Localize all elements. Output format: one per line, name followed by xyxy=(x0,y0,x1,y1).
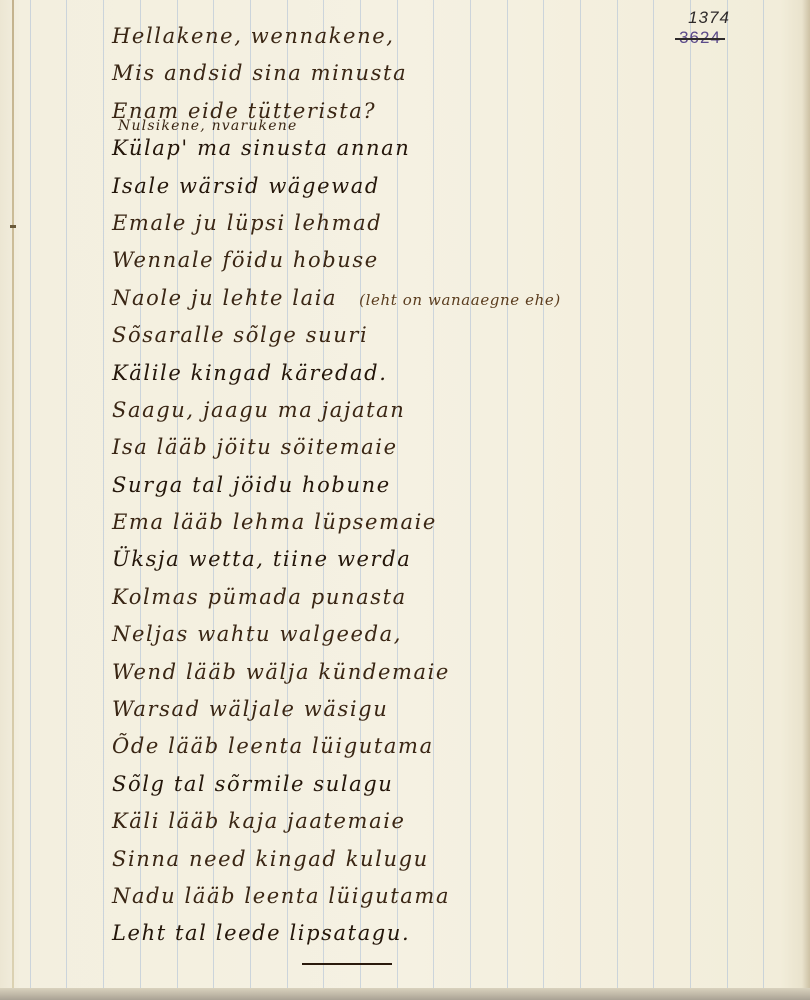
verse-line: Wennale föidu hobuse xyxy=(112,242,792,279)
verse-line: Surga tal jöidu hobune xyxy=(112,467,792,504)
verse-line: Sõlg tal sõrmile sulagu xyxy=(112,766,792,803)
verse-text: Käli lääb kaja jaatemaie xyxy=(112,809,406,833)
verse-line: Sõsaralle sõlge suuri xyxy=(112,317,792,354)
verse-line: Neljas wahtu walgeeda, xyxy=(112,616,792,653)
verse-text: Surga tal jöidu hobune xyxy=(112,473,391,497)
verse-line: Kolmas pümada punasta xyxy=(112,579,792,616)
verse-text: Sõsaralle sõlge suuri xyxy=(112,323,368,347)
verse-text: Leht tal leede lipsatagu. xyxy=(112,921,410,945)
verse-text: Naole ju lehte laia xyxy=(112,286,337,310)
verse-lines: Hellakene, wennakene, Mis andsid sina mi… xyxy=(112,18,792,953)
verse-text: Isa lääb jöitu söitemaie xyxy=(112,435,398,459)
ruled-line xyxy=(30,0,31,988)
verse-text: Warsad wäljale wäsigu xyxy=(112,697,388,721)
end-of-text-rule xyxy=(302,963,392,965)
verse-text: Külap' ma sinusta annan xyxy=(112,136,410,160)
verse-line: Nadu lääb leenta lüigutama xyxy=(112,878,792,915)
page-fold xyxy=(12,0,14,990)
verse-line: Saagu, jaagu ma jajatan xyxy=(112,392,792,429)
verse-text: Õde lääb leenta lüigutama xyxy=(112,734,434,758)
verse-line: Emale ju lüpsi lehmad xyxy=(112,205,792,242)
verse-line: Mis andsid sina minusta xyxy=(112,55,792,92)
fold-mark xyxy=(10,225,16,228)
verse-text: Saagu, jaagu ma jajatan xyxy=(112,398,405,422)
verse-text: Isale wärsid wägewad xyxy=(112,174,380,198)
ruled-line xyxy=(103,0,104,988)
verse-line: Sinna need kingad kulugu xyxy=(112,841,792,878)
verse-line: Hellakene, wennakene, xyxy=(112,18,792,55)
ruled-line xyxy=(66,0,67,988)
verse-line: Leht tal leede lipsatagu. xyxy=(112,915,792,952)
verse-line: Isa lääb jöitu söitemaie xyxy=(112,429,792,466)
verse-line: Õde lääb leenta lüigutama xyxy=(112,728,792,765)
verse-line: Enam eide tütterista? xyxy=(112,93,792,130)
page-edge-shadow xyxy=(802,0,810,1000)
verse-text: Mis andsid sina minusta xyxy=(112,61,407,85)
verse-line: Wend lääb wälja kündemaie xyxy=(112,654,792,691)
verse-text: Ema lääb lehma lüpsemaie xyxy=(112,510,437,534)
verse-text: Sinna need kingad kulugu xyxy=(112,847,429,871)
verse-text: Enam eide tütterista? xyxy=(112,99,376,123)
verse-text: Wennale föidu hobuse xyxy=(112,248,379,272)
page-bottom-edge xyxy=(0,988,810,1000)
verse-text: Emale ju lüpsi lehmad xyxy=(112,211,382,235)
verse-line: Üksja wetta, tiine werda xyxy=(112,541,792,578)
verse-text: Kälile kingad käredad. xyxy=(112,361,388,385)
verse-text: Üksja wetta, tiine werda xyxy=(112,547,411,571)
verse-line: Külap' ma sinusta annan xyxy=(112,130,792,167)
verse-line: Warsad wäljale wäsigu xyxy=(112,691,792,728)
manuscript-page: 1374 3624 Nulsikene, nvarukene Hellakene… xyxy=(0,0,810,1000)
margin-note: (leht on wanaaegne ehe) xyxy=(359,291,561,309)
verse-text: Kolmas pümada punasta xyxy=(112,585,407,609)
verse-text: Neljas wahtu walgeeda, xyxy=(112,622,402,646)
verse-line: Isale wärsid wägewad xyxy=(112,168,792,205)
verse-line: Kälile kingad käredad. xyxy=(112,355,792,392)
verse-line: Naole ju lehte laia(leht on wanaaegne eh… xyxy=(112,280,792,317)
verse-line: Ema lääb lehma lüpsemaie xyxy=(112,504,792,541)
verse-line: Käli lääb kaja jaatemaie xyxy=(112,803,792,840)
verse-text: Wend lääb wälja kündemaie xyxy=(112,660,450,684)
verse-text: Nadu lääb leenta lüigutama xyxy=(112,884,450,908)
verse-text: Sõlg tal sõrmile sulagu xyxy=(112,772,393,796)
verse-text: Hellakene, wennakene, xyxy=(112,24,395,48)
